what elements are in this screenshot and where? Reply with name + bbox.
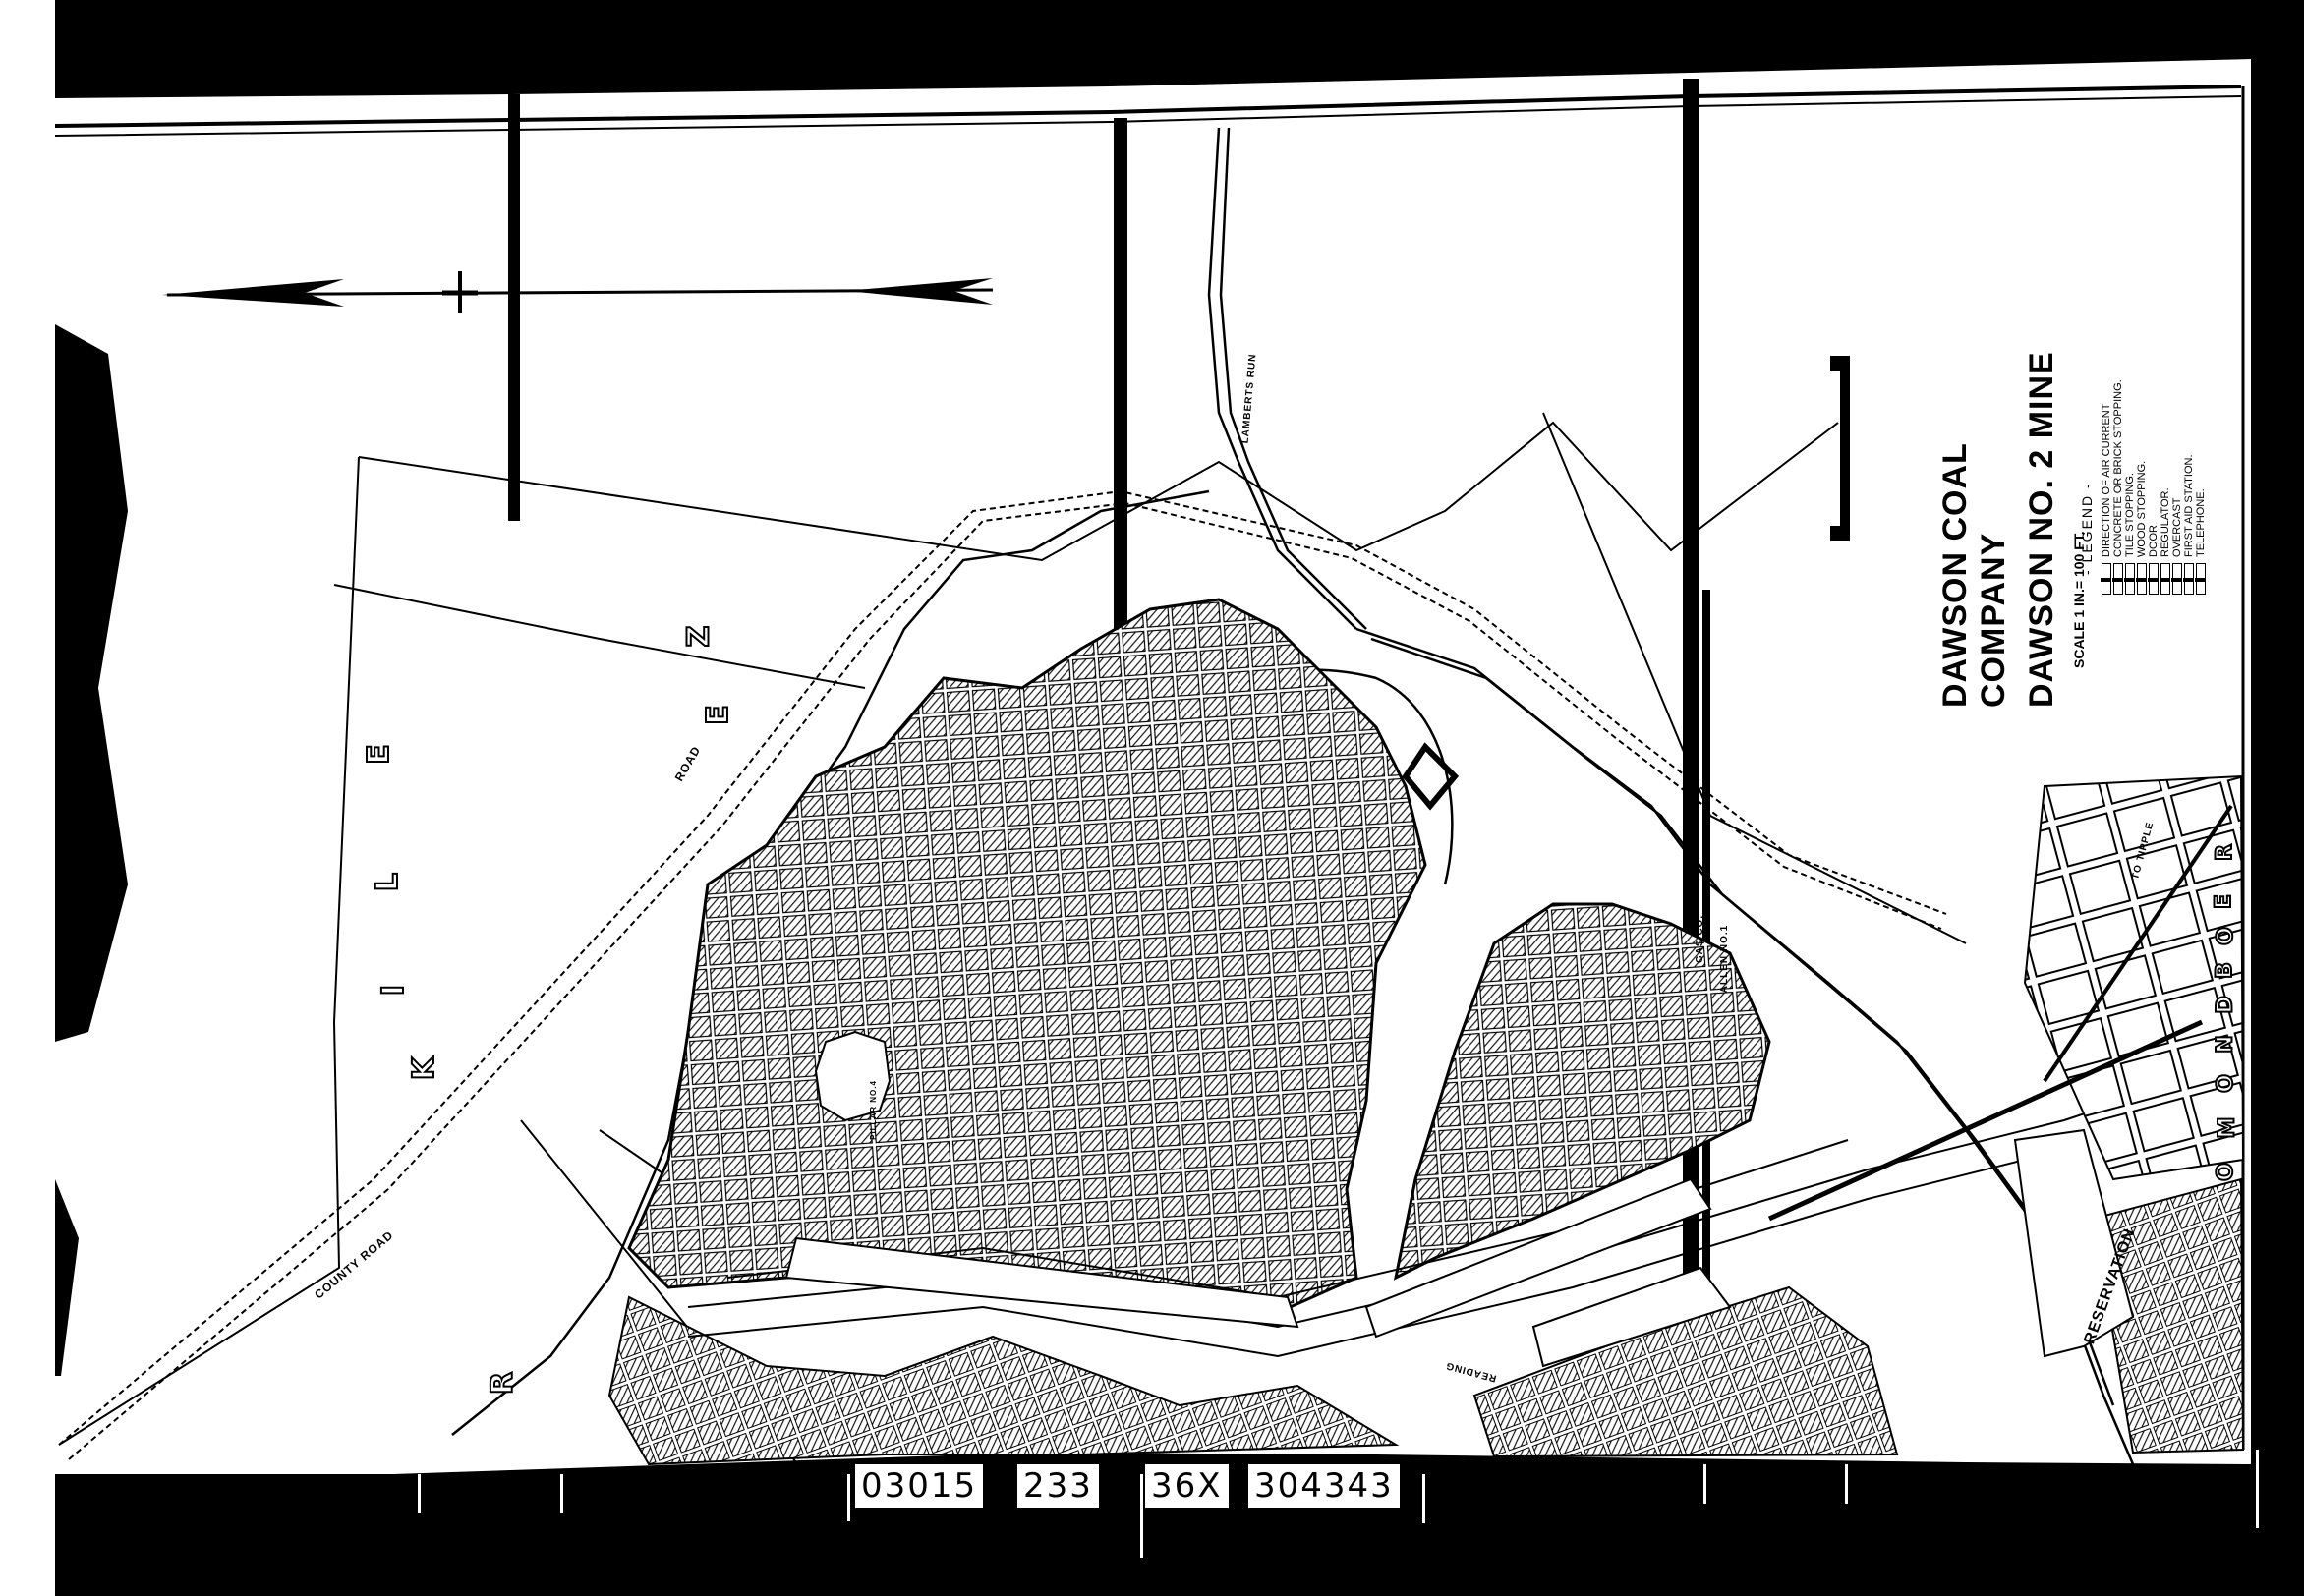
allen-no1-label: ALLEN NO.1: [1719, 925, 1730, 993]
legend: - LEGEND - DIRECTION OF AIR CURRENT CONC…: [2079, 379, 2207, 595]
owner-letter: E: [2212, 894, 2236, 909]
owner-letter: R: [486, 1372, 520, 1395]
owner-letter: M: [2215, 1117, 2239, 1139]
legend-heading: - LEGEND -: [2079, 379, 2095, 575]
wood-stopping-icon: [2137, 563, 2147, 595]
legend-item: FIRST AID STATION.: [2183, 379, 2195, 595]
regulator-icon: [2160, 563, 2170, 595]
film-code-frame: 233: [1017, 1464, 1099, 1508]
owner-letter: K: [407, 1057, 441, 1080]
film-tick: [560, 1474, 563, 1513]
owner-letter: O: [2214, 927, 2238, 945]
owner-letter: I: [376, 985, 411, 996]
film-tick: [1140, 1474, 1143, 1558]
map-scan: [0, 0, 2304, 1596]
air-current-icon: [2102, 563, 2111, 595]
legend-item: DOOR: [2148, 379, 2160, 595]
legend-item: WOOD STOPPING.: [2136, 379, 2148, 595]
film-tick: [418, 1474, 421, 1513]
telephone-icon: [2196, 563, 2206, 595]
film-code-reel: 03015: [855, 1464, 983, 1508]
legend-item: TILE STOPPING.: [2124, 379, 2136, 595]
owner-letter: B: [2213, 962, 2237, 979]
first-aid-icon: [2184, 563, 2194, 595]
company-title: DAWSON COAL COMPANY: [1936, 340, 2013, 708]
owner-letter: O: [2214, 1163, 2238, 1181]
gas-co-label: GAS CO.: [1695, 915, 1705, 963]
concrete-stopping-icon: [2113, 563, 2123, 595]
owner-letter: N: [2214, 1035, 2238, 1053]
owner-letter: O: [2214, 1074, 2238, 1093]
owner-letter: Z: [681, 626, 716, 648]
tile-stopping-icon: [2125, 563, 2135, 595]
legend-item: CONCRETE OR BRICK STOPPING.: [2112, 379, 2124, 595]
film-tick: [2256, 1450, 2259, 1528]
pillar-label: PILLAR NO.4: [869, 1080, 878, 1140]
owner-letter: E: [701, 705, 735, 725]
owner-letter: E: [362, 744, 396, 765]
owner-letter: D: [2214, 996, 2238, 1013]
film-tick: [847, 1474, 850, 1521]
film-code-reduction: 36X: [1145, 1464, 1229, 1508]
film-tick: [1845, 1464, 1848, 1504]
mine-title: DAWSON NO. 2 MINE: [2023, 340, 2061, 708]
film-tick: [1703, 1464, 1706, 1504]
legend-item: TELEPHONE.: [2195, 379, 2207, 595]
owner-letter: L: [371, 873, 405, 891]
overcast-icon: [2172, 563, 2182, 595]
door-icon: [2149, 563, 2159, 595]
owner-letter: R: [2213, 844, 2237, 861]
legend-item: OVERCAST: [2171, 379, 2183, 595]
legend-item: REGULATOR.: [2160, 379, 2171, 595]
title-block: DAWSON COAL COMPANY DAWSON NO. 2 MINE SC…: [1936, 340, 2087, 708]
legend-item: DIRECTION OF AIR CURRENT: [2101, 379, 2112, 595]
film-code-id: 304343: [1248, 1464, 1400, 1508]
film-tick: [1422, 1474, 1425, 1523]
